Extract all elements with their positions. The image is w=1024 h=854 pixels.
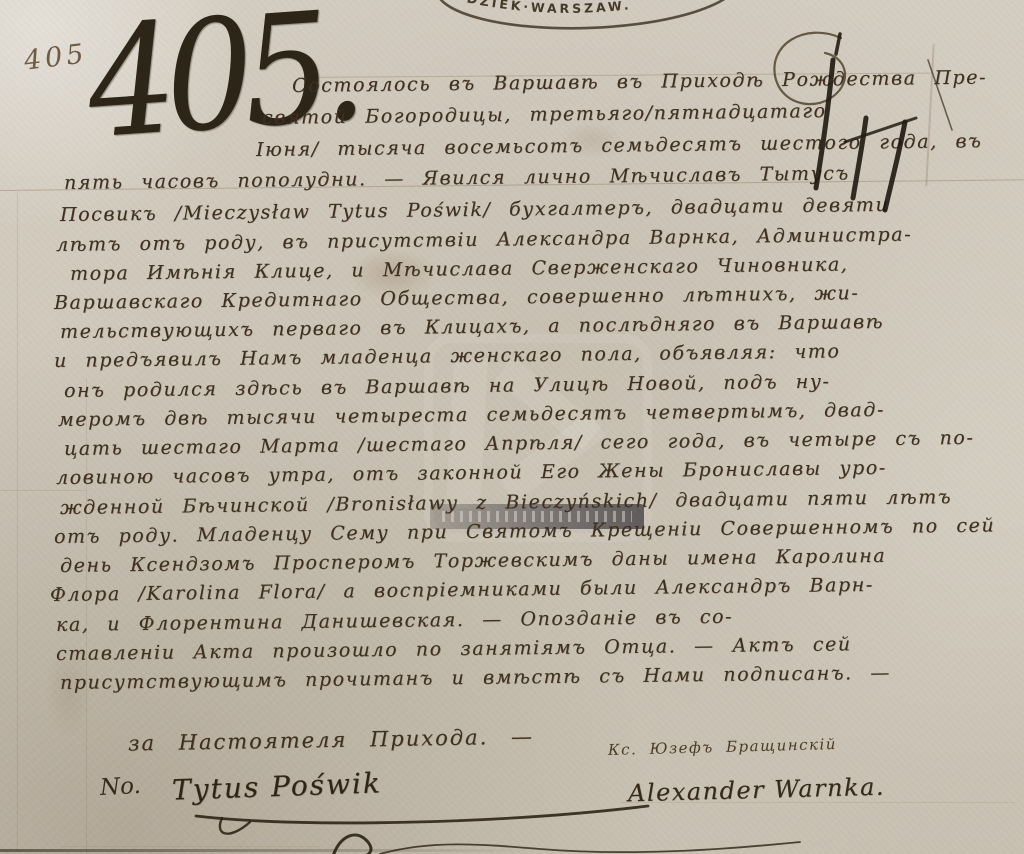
manuscript-line: Посвикъ /Mieczysław Tytus Poświk/ бухгал… <box>60 194 890 226</box>
parish-stamp: DZIEK·WARSZAW. <box>434 0 741 33</box>
manuscript-line: лѣтъ отъ роду, въ присутствіи Александра… <box>56 224 912 256</box>
document-scan: 405 405. Состоялось въ Варшавѣ въ Приход… <box>0 0 1024 854</box>
father-signature: Tytus Poświk <box>171 766 382 806</box>
manuscript-line: Варшавскаго Кредитнаго Общества, соверше… <box>54 282 860 314</box>
signature-prefix: No. <box>99 773 141 801</box>
manuscript-line: тора Имѣнія Клице, и Мѣчислава Сверженск… <box>70 253 849 285</box>
ruled-line <box>60 846 320 847</box>
ruled-line <box>0 490 86 491</box>
watermark-glyph-stroke <box>498 412 606 502</box>
manuscript-line: цать шестаго Марта /шестаго Апрѣля/ сего… <box>64 427 975 460</box>
partial-signature-stroke <box>333 835 800 854</box>
manuscript-line: Состоялось въ Варшавѣ въ Приходѣ Рождест… <box>292 67 987 97</box>
manuscript-line: ка, и Флорентина Данишевская. — Опоздані… <box>56 606 733 636</box>
manuscript-line: меромъ двѣ тысячи четыреста семьдесятъ ч… <box>58 399 885 431</box>
manuscript-line: онъ родился здѣсь въ Варшавѣ на Улицѣ Но… <box>64 371 831 402</box>
stamp-text: DZIEK·WARSZAW. <box>465 0 632 20</box>
manuscript-line: день Ксендзомъ Просперомъ Торжевскимъ да… <box>60 545 887 577</box>
priest-signature: Кс. Юзефъ Бращинскій <box>608 735 837 759</box>
manuscript-line: присутствующимъ прочитанъ и вмѣстѣ съ На… <box>60 662 891 694</box>
manuscript-line: ловиною часовъ утра, отъ законной Его Же… <box>56 457 887 489</box>
manuscript-line: Флора /Karolina Flora/ а воспріемниками … <box>50 574 874 606</box>
closing-formula: за Настоятеля Прихода. — <box>128 724 534 755</box>
manuscript-line: жденной Бѣчинской /Bronisławy z Bieczyńs… <box>60 486 952 519</box>
manuscript-line: и предъявилъ Намъ младенца женскаго пола… <box>54 340 841 372</box>
signature-flourish <box>196 806 648 834</box>
manuscript-line: пять часовъ пополудни. — Явился лично Мѣ… <box>64 162 850 194</box>
ruled-line <box>925 44 934 186</box>
ruled-line <box>17 192 18 852</box>
manuscript-line: тельствующихъ перваго въ Клицахъ, а посл… <box>60 311 884 343</box>
witness-signature: Alexander Warnka. <box>628 773 886 808</box>
manuscript-line: Іюня/ тысяча восемьсотъ семьдесятъ шесто… <box>256 130 983 161</box>
manuscript-line: отъ роду. Младенцу Сему при Святомъ Крещ… <box>54 515 996 548</box>
manuscript-line: ставленіи Акта произошло по занятіямъ От… <box>56 633 852 665</box>
ruled-line <box>0 849 530 852</box>
corner-act-number: 405 <box>22 38 89 77</box>
